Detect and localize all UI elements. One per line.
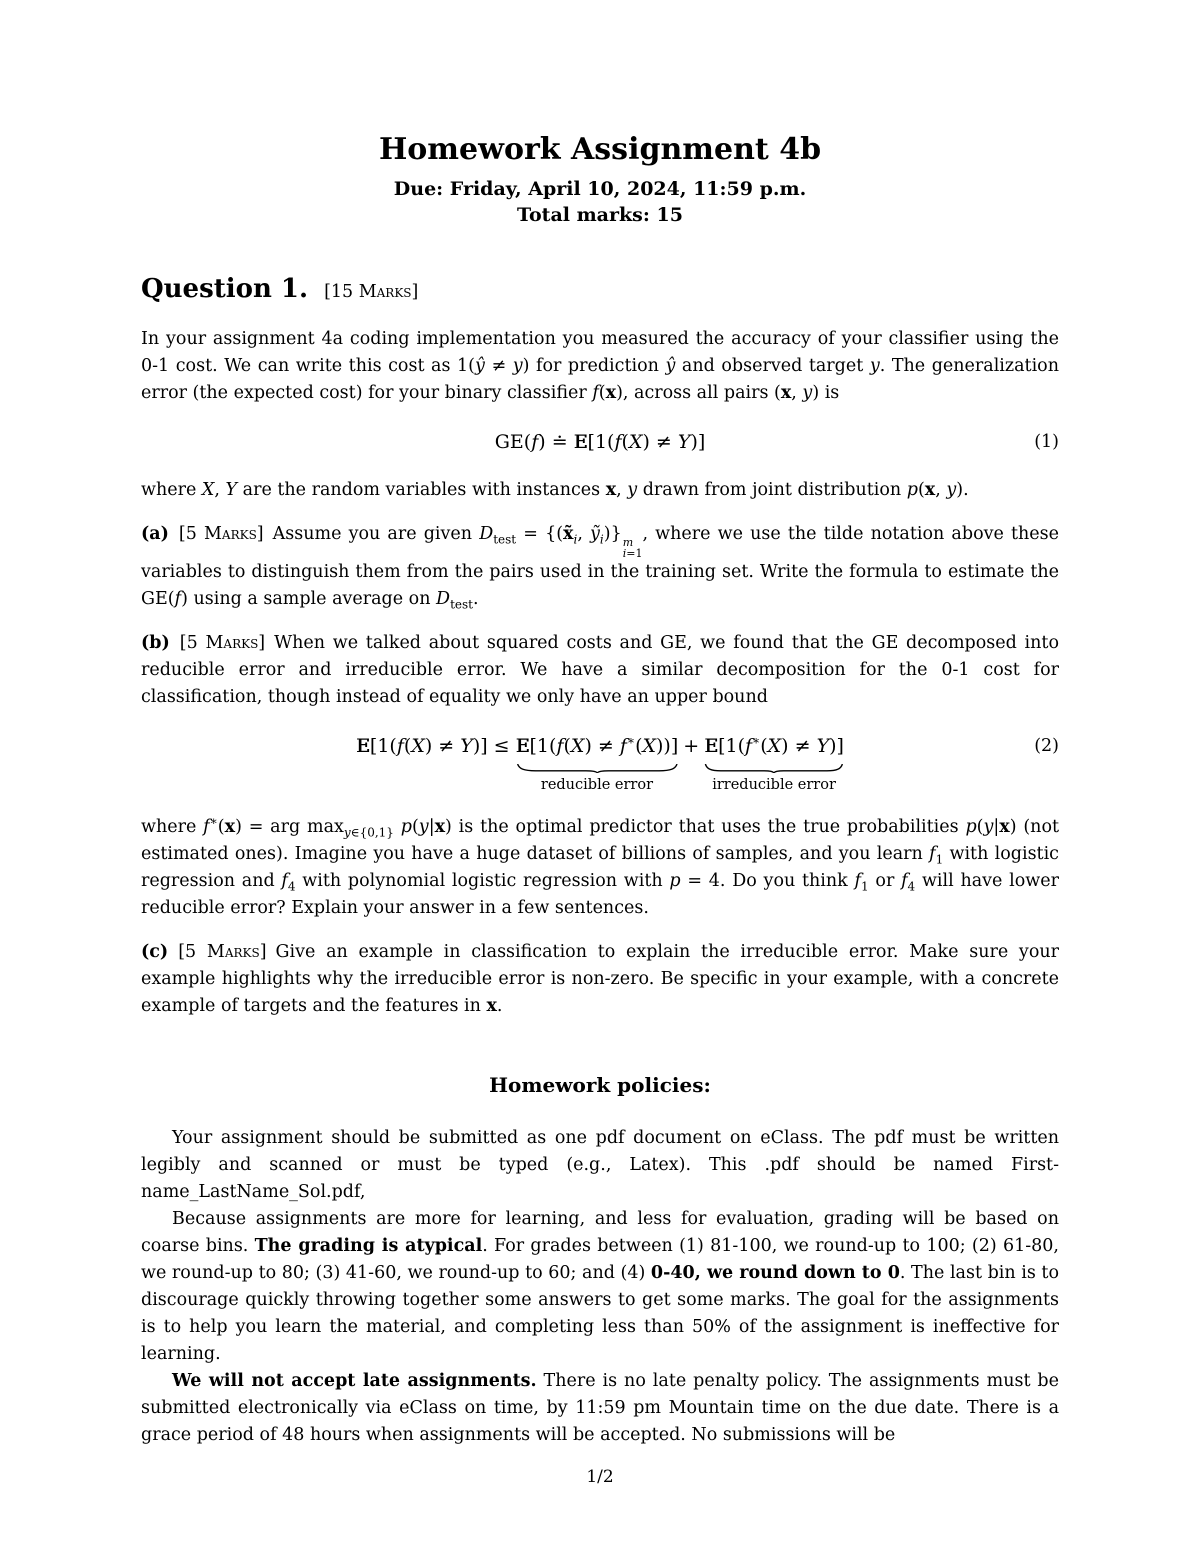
part-c-marks: [5 Marks] — [178, 942, 266, 962]
equation-2-number: (2) — [1034, 731, 1059, 761]
part-c: (c)[5 Marks]Give an example in classific… — [141, 939, 1059, 1020]
intro-paragraph: In your assignment 4a coding implementat… — [141, 326, 1059, 407]
plus-sign: + — [683, 731, 699, 761]
question-heading: Question 1.[15 Marks] — [141, 276, 1059, 306]
question-number: Question 1. — [141, 274, 308, 304]
irreducible-error-label: irreducible error — [712, 776, 836, 794]
part-c-label: (c) — [141, 942, 168, 962]
equation-1-number: (1) — [1034, 427, 1059, 457]
equation-2: E[1(f(X) ≠ Y)] ≤ E[1(f(X) ≠ f∗(X))] redu… — [141, 731, 1059, 794]
document-body: Question 1.[15 Marks] In your assignment… — [141, 276, 1059, 1449]
part-a-marks: [5 Marks] — [179, 524, 264, 544]
policy-paragraph-grading: Because assignments are more for learnin… — [141, 1206, 1059, 1368]
equation-2-lhs: E[1(f(X) ≠ Y)] ≤ — [356, 731, 516, 761]
where-clause-2: where f∗(x) = arg maxy∈{0,1} p(y|x) is t… — [141, 814, 1059, 922]
underbrace-icon — [704, 764, 844, 773]
irreducible-error-term: E[1(f∗(X) ≠ Y)] irreducible error — [704, 731, 844, 794]
part-b-label: (b) — [141, 633, 170, 653]
equation-1-body: GE(f) ≐ E[1(f(X) ≠ Y)] — [495, 431, 706, 453]
page-number: 1/2 — [0, 1464, 1200, 1491]
equation-1: GE(f) ≐ E[1(f(X) ≠ Y)] (1) — [141, 427, 1059, 457]
part-a: (a)[5 Marks]Assume you are given Dtest =… — [141, 521, 1059, 613]
title-block: Homework Assignment 4b Due: Friday, Apri… — [0, 0, 1200, 228]
policy-paragraph-late: We will not accept late assignments. The… — [141, 1368, 1059, 1449]
part-c-text: Give an example in classification to exp… — [141, 942, 1059, 1016]
document-title: Homework Assignment 4b — [0, 132, 1200, 168]
irreducible-term-math: E[1(f∗(X) ≠ Y)] — [704, 731, 844, 761]
reducible-error-label: reducible error — [541, 776, 653, 794]
due-date: Due: Friday, April 10, 2024, 11:59 p.m. — [0, 176, 1200, 202]
question-marks: [15 Marks] — [324, 282, 418, 302]
part-b-marks: [5 Marks] — [180, 633, 265, 653]
where-clause-1: where X, Y are the random variables with… — [141, 477, 1059, 504]
underbrace-icon — [516, 764, 679, 773]
reducible-error-term: E[1(f(X) ≠ f∗(X))] reducible error — [516, 731, 679, 794]
total-marks: Total marks: 15 — [0, 202, 1200, 228]
policy-paragraph-submission: Your assignment should be submitted as o… — [141, 1125, 1059, 1206]
reducible-term-math: E[1(f(X) ≠ f∗(X))] — [516, 731, 679, 761]
part-a-label: (a) — [141, 524, 169, 544]
part-b: (b)[5 Marks]When we talked about squared… — [141, 630, 1059, 711]
equation-2-body: E[1(f(X) ≠ Y)] ≤ E[1(f(X) ≠ f∗(X))] redu… — [141, 731, 1059, 794]
document-page: Homework Assignment 4b Due: Friday, Apri… — [0, 0, 1200, 1553]
part-b-text: When we talked about squared costs and G… — [141, 633, 1059, 707]
part-a-text: Assume you are given Dtest = {(x̃i, ỹi)}… — [141, 524, 1059, 609]
policies-heading: Homework policies: — [141, 1072, 1059, 1099]
